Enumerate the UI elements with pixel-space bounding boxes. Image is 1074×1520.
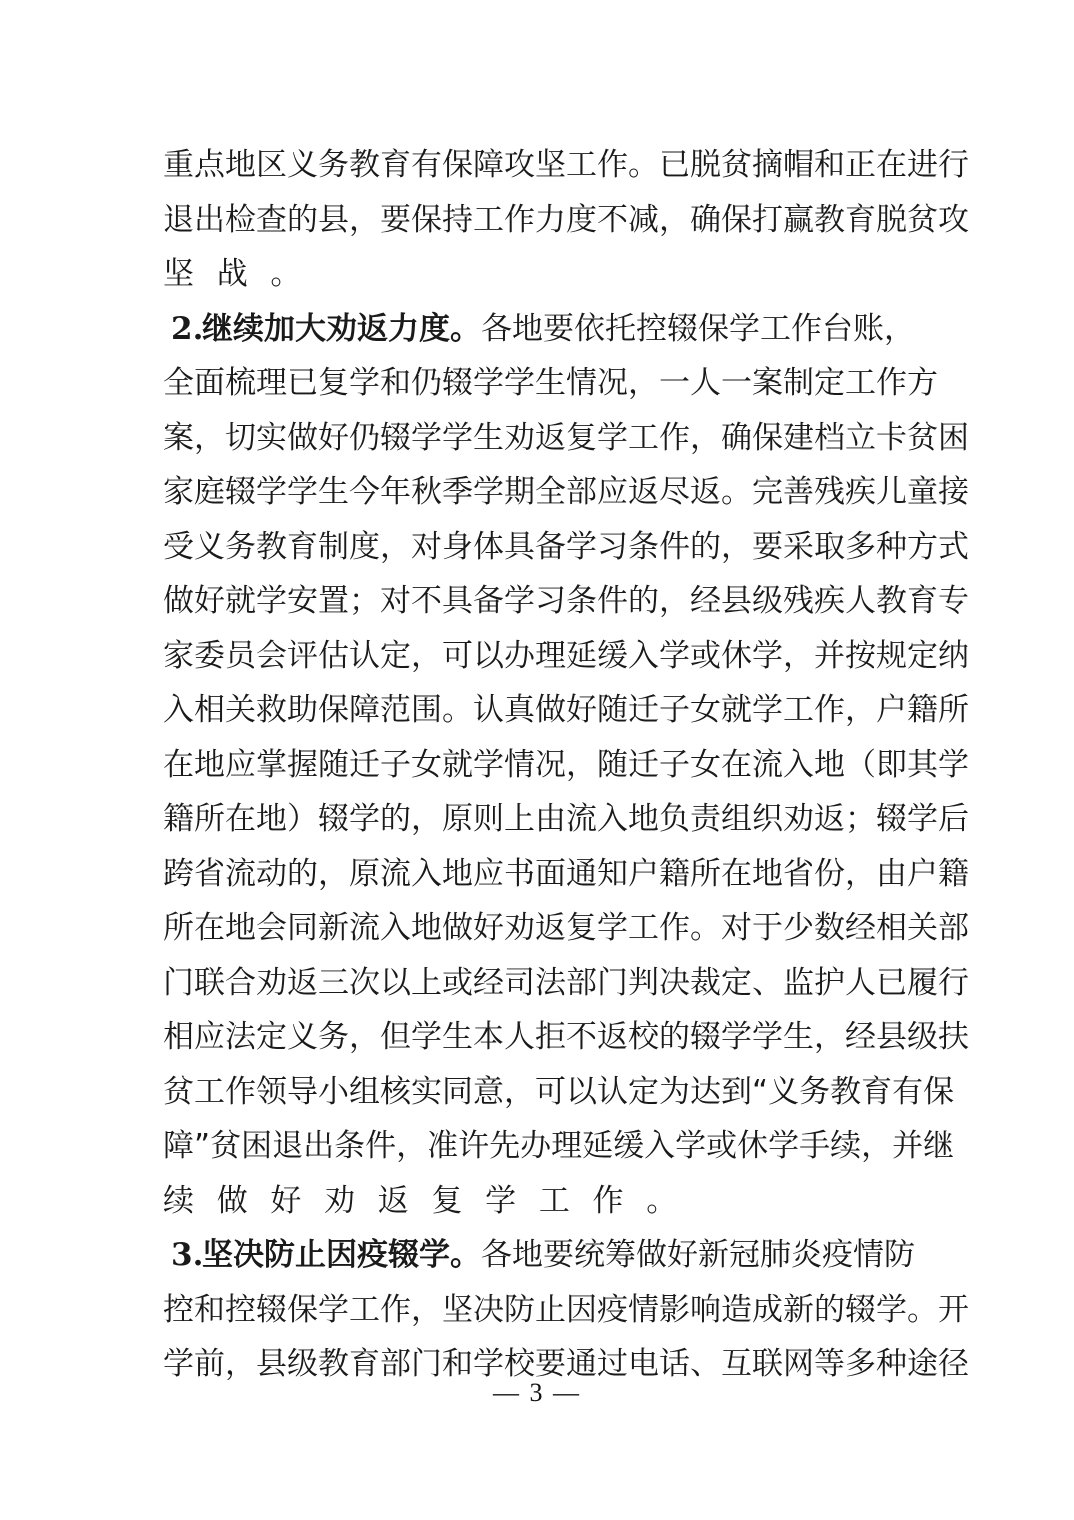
text-char: 统 [574,1228,605,1283]
text-char: 作 [876,356,907,411]
text-char: 返 [690,465,721,520]
text-line: 障”贫困退出条件，准许先办理延缓入学或休学手续，并继 [163,1119,915,1174]
text-char: 级 [752,574,783,629]
text-char: 关 [907,901,938,956]
text-char: 已 [659,138,690,193]
heading-char: 续 [233,302,264,357]
text-char: 切 [225,411,256,466]
text-char: 生 [473,411,504,466]
text-char: 定 [380,629,411,684]
text-char: 工 [628,901,659,956]
text-char: 随 [318,738,349,793]
text-char: 组 [721,792,752,847]
document-body: 重点地区义务教育有保障攻坚工作。已脱贫摘帽和正在进行 退出检查的县，要保持工作力… [163,138,915,1392]
text-char: 季 [442,465,473,520]
text-char: 工 [566,138,597,193]
text-char: 和 [380,356,411,411]
text-char: 学 [473,356,504,411]
text-char: 续 [163,1174,194,1229]
text-char: 。 [270,247,301,302]
text-char: 部 [938,901,969,956]
text-char: 全 [535,465,566,520]
text-char: 同 [442,1065,473,1120]
text-char: 相 [876,901,907,956]
text-char: 上 [504,792,535,847]
text-char: 的 [628,574,659,629]
text-char: 持 [442,193,473,248]
text-char: ， [349,193,380,248]
text-char: 育 [845,193,876,248]
text-line: 做好就学安置；对不具备学习条件的，经县级残疾人教育专 [163,574,915,629]
text-char: 疫 [597,1283,628,1338]
text-char: 继 [923,1119,954,1174]
text-char: 女 [690,683,721,738]
text-char: 控 [636,302,667,357]
text-char: 体 [473,520,504,575]
text-char: 义 [287,138,318,193]
text-char: 评 [287,629,318,684]
text-char: 定 [721,956,752,1011]
text-char: 生 [442,1010,473,1065]
heading-number: 3. [171,1228,202,1283]
text-char: 不 [411,574,442,629]
text-char: 决 [473,1283,504,1338]
text-char: 具 [442,574,473,629]
text-char: 先 [489,1119,520,1174]
text-char: 梳 [225,356,256,411]
text-char: 筹 [605,1228,636,1283]
text-char: 秋 [411,465,442,520]
text-char: 攻 [938,193,969,248]
text-char: 育 [907,574,938,629]
text-char: 条 [628,520,659,575]
text-char: 卡 [876,411,907,466]
text-char: 贫 [721,138,752,193]
text-char: 入 [628,629,659,684]
text-char: 疾 [814,574,845,629]
text-char: 期 [504,465,535,520]
text-char: 庭 [194,465,225,520]
text-char: 学 [721,1010,752,1065]
text-char: 脱 [690,138,721,193]
text-char: 合 [225,956,256,1011]
text-char: ， [194,411,225,466]
text-char: 确 [721,411,752,466]
text-char: 掌 [256,738,287,793]
text-char: 攻 [504,138,535,193]
text-char: 一 [659,356,690,411]
text-line: 控和控辍保学工作，坚决防止因疫情影响造成新的辍学。开 [163,1283,915,1338]
text-char: 导 [287,1065,318,1120]
text-char: 疫 [822,1228,853,1283]
text-char: 出 [194,193,225,248]
text-char: 返 [378,1174,409,1229]
text-line: 门联合劝返三次以上或经司法部门判决裁定、监护人已履行 [163,956,915,1011]
text-char: 多 [845,520,876,575]
text-char: 复 [566,411,597,466]
text-char: 学 [287,465,318,520]
text-char: 学 [504,574,535,629]
text-char: 退 [272,1119,303,1174]
text-char: 教 [876,574,907,629]
text-char: 肺 [760,1228,791,1283]
text-char: 份 [814,847,845,902]
text-char: 做 [163,574,194,629]
text-char: 的 [659,1010,690,1065]
text-char: 好 [667,1228,698,1283]
text-char: 定 [628,1065,659,1120]
heading-char: 止 [295,1228,326,1283]
text-char: 实 [411,1065,442,1120]
text-char: 到 [721,1065,752,1120]
text-char: 拒 [535,1010,566,1065]
text-char: 定 [907,629,938,684]
text-char: 续 [830,1119,861,1174]
text-char: 人 [845,574,876,629]
text-char: 账 [853,302,884,357]
heading-char: 。 [450,302,481,357]
text-char: 育 [380,138,411,193]
text-char: ） [287,792,318,847]
text-char: 法 [535,956,566,1011]
text-char: 地 [752,847,783,902]
text-char: 人 [845,956,876,1011]
text-char: 各 [481,302,512,357]
text-char: 学 [675,1119,706,1174]
text-char: 作 [225,1065,256,1120]
text-char: 习 [535,574,566,629]
text-line: 受义务教育制度，对身体具备学习条件的，要采取多种方式 [163,520,915,575]
text-char: 延 [582,1119,613,1174]
text-char: 人 [690,356,721,411]
text-char: 地 [628,792,659,847]
text-char: 坚 [442,1283,473,1338]
text-char: 好 [318,411,349,466]
text-char: 则 [473,792,504,847]
text-char: 学 [938,738,969,793]
text-char: 法 [225,1010,256,1065]
text-char: 准 [427,1119,458,1174]
text-char: 责 [690,792,721,847]
text-char: 教 [256,520,287,575]
text-char: 家 [163,465,194,520]
text-char: 负 [659,792,690,847]
text-char: 户 [876,683,907,738]
text-char: 本 [473,1010,504,1065]
text-char: 学 [256,465,287,520]
text-char: ， [845,683,876,738]
text-char: 保 [752,411,783,466]
text-char: 立 [845,411,876,466]
text-char: 所 [690,847,721,902]
text-char: 保 [318,683,349,738]
text-char: 即 [876,738,907,793]
text-char: 知 [597,847,628,902]
text-char: 休 [737,1119,768,1174]
text-char: 贫 [163,1065,194,1120]
text-line: 在地应掌握随迁子女就学情况，随迁子女在流入地（即其学 [163,738,915,793]
text-char: 教 [349,138,380,193]
text-char: 查 [256,193,287,248]
text-char: 学 [752,683,783,738]
text-char: 辍 [225,465,256,520]
text-char: ， [721,520,752,575]
text-char: 童 [907,465,938,520]
text-char: 围 [411,683,442,738]
text-char: 障 [349,683,380,738]
text-char: 情 [566,356,597,411]
text-line: 入相关救助保障范围。认真做好随迁子女就学工作，户籍所 [163,683,915,738]
text-char: 组 [349,1065,380,1120]
text-char: 地 [512,302,543,357]
text-char: 制 [783,356,814,411]
text-char: 置 [318,574,349,629]
text-char: 返 [535,411,566,466]
text-char: 备 [473,574,504,629]
text-char: 情 [853,1228,884,1283]
text-char: 地 [814,738,845,793]
text-char: 其 [907,738,938,793]
text-char: 手 [799,1119,830,1174]
text-char: 真 [504,683,535,738]
text-char: 要 [543,1228,574,1283]
text-char: 书 [504,847,535,902]
text-line: 全面梳理已复学和仍辍学学生情况，一人一案制定工作方 [163,356,915,411]
text-char: 习 [597,520,628,575]
text-char: 影 [659,1283,690,1338]
text-char: 学 [318,1283,349,1338]
text-char: 不 [597,193,628,248]
text-line: 相应法定义务，但学生本人拒不返校的辍学学生，经县级扶 [163,1010,915,1065]
text-char: 所 [194,792,225,847]
text-char: 流 [752,738,783,793]
text-char: 。 [690,901,721,956]
text-char: 女 [411,738,442,793]
text-char: 决 [659,956,690,1011]
text-char: 方 [907,356,938,411]
text-char: 关 [225,683,256,738]
text-char: 度 [349,520,380,575]
text-char: ， [690,411,721,466]
text-char: 善 [783,465,814,520]
text-char: 复 [566,901,597,956]
heading-char: 因 [326,1228,357,1283]
text-char: 脱 [876,193,907,248]
text-char: 地 [256,792,287,847]
text-char: 好 [194,574,225,629]
text-char: 纳 [938,629,969,684]
text-char: 裁 [690,956,721,1011]
text-char: 返 [814,792,845,847]
text-char: 一 [721,356,752,411]
text-char: 扶 [938,1010,969,1065]
text-char: 保 [442,138,473,193]
text-char: 生 [318,465,349,520]
text-char: 地 [194,738,225,793]
text-char: 贫 [907,411,938,466]
text-char: 相 [163,1010,194,1065]
text-char: 作 [504,193,535,248]
text-char: 度 [566,193,597,248]
text-char: 户 [907,847,938,902]
text-char: ， [396,1119,427,1174]
text-char: 工 [760,302,791,357]
text-char: 门 [597,956,628,1011]
text-char: 摘 [752,138,783,193]
text-char: 专 [938,574,969,629]
text-char: 学 [349,356,380,411]
heading-char: 大 [295,302,326,357]
text-char: 应 [225,738,256,793]
text-char: 家 [163,629,194,684]
text-char: 会 [256,901,287,956]
text-char: 辍 [380,411,411,466]
text-char: ， [411,629,442,684]
text-char: 延 [566,629,597,684]
text-char: 并 [892,1119,923,1174]
text-char: 劝 [504,901,535,956]
text-char: 正 [845,138,876,193]
text-char: 止 [535,1283,566,1338]
text-char: 流 [380,847,411,902]
text-char: 委 [194,629,225,684]
text-char: 全 [163,356,194,411]
text-char: 返 [628,465,659,520]
text-char: 或 [442,956,473,1011]
text-char: 织 [752,792,783,847]
text-char: 司 [504,956,535,1011]
text-char: 理 [551,1119,582,1174]
text-char: 赢 [783,193,814,248]
text-char: 监 [783,956,814,1011]
text-char: 残 [783,574,814,629]
text-char: 许 [458,1119,489,1174]
text-char: 学 [256,574,287,629]
text-char: 经 [473,956,504,1011]
text-char: 、 [752,956,783,1011]
text-char: 联 [194,956,225,1011]
text-char: 理 [256,356,287,411]
text-char: 年 [380,465,411,520]
text-char: 行 [938,956,969,1011]
text-char: 儿 [876,465,907,520]
text-char: 随 [597,738,628,793]
text-char: 学 [729,302,760,357]
text-char: 在 [876,138,907,193]
text-char: 坚 [163,247,194,302]
text-char: 工 [628,411,659,466]
text-char: 迁 [628,683,659,738]
text-char: 按 [845,629,876,684]
text-char: 助 [287,683,318,738]
text-char: 在 [163,738,194,793]
text-char: 务 [318,138,349,193]
text-char: 办 [520,1119,551,1174]
text-char: ， [659,193,690,248]
text-line: 家委员会评估认定，可以办理延缓入学或休学，并按规定纳 [163,629,915,684]
text-char: 领 [256,1065,287,1120]
text-char: 作 [659,901,690,956]
heading-char: 决 [233,1228,264,1283]
text-char: 原 [349,847,380,902]
text-char: 。 [721,465,752,520]
text-char: 入 [597,792,628,847]
heading-number: 2. [171,302,202,357]
text-char: 作 [791,302,822,357]
text-char: 要 [543,302,574,357]
text-char: 学 [566,520,597,575]
text-char: 地 [512,1228,543,1283]
text-char: 子 [659,738,690,793]
text-char: 保 [411,193,442,248]
text-char: 尽 [659,465,690,520]
text-char: 件 [659,520,690,575]
text-char: 新 [318,901,349,956]
text-char: 条 [566,574,597,629]
text-line: 所在地会同新流入地做好劝返复学工作。对于少数经相关部 [163,901,915,956]
text-char: 贫 [907,193,938,248]
text-char: 并 [814,629,845,684]
text-char: 学 [907,792,938,847]
text-char: 打 [752,193,783,248]
text-char: 。 [907,1283,938,1338]
text-char: 冠 [729,1228,760,1283]
text-char: 案 [163,411,194,466]
text-char: 档 [814,411,845,466]
text-char: 次 [349,956,380,1011]
text-char: 方 [907,520,938,575]
text-char: 随 [597,683,628,738]
text-char: 台 [822,302,853,357]
text-char: 数 [814,901,845,956]
text-char: 子 [659,683,690,738]
text-char: 意 [473,1065,504,1120]
text-char: 件 [597,574,628,629]
text-char: 仍 [411,356,442,411]
text-char: 部 [566,956,597,1011]
text-char: 学 [504,356,535,411]
text-char: 成 [752,1283,783,1338]
text-char: 流 [566,792,597,847]
text-char: 因 [566,1283,597,1338]
text-char: 接 [938,465,969,520]
text-line: 贫工作领导小组核实同意，可以认定为达到“义务教育有保 [163,1065,915,1120]
text-char: 以 [473,629,504,684]
text-char: 女 [690,738,721,793]
text-char: 情 [504,738,535,793]
text-char: 完 [752,465,783,520]
text-char: 有 [411,138,442,193]
text-char: 义 [768,1065,799,1120]
text-line: 家庭辍学学生今年秋季学期全部应返尽返。完善残疾儿童接 [163,465,915,520]
text-char: 县 [318,193,349,248]
text-char: 辍 [667,302,698,357]
text-char: 籍 [938,847,969,902]
text-char: 学 [442,411,473,466]
text-char: （ [845,738,876,793]
text-char: 贫 [210,1119,241,1174]
text-char: 炎 [791,1228,822,1283]
heading-char: 加 [264,302,295,357]
text-char: 入 [644,1119,675,1174]
text-char: 具 [504,520,535,575]
text-char: 经 [690,574,721,629]
text-char: 点 [194,138,225,193]
text-char: 造 [721,1283,752,1338]
text-char: 已 [287,356,318,411]
text-char: 级 [907,1010,938,1065]
text-char: ” [194,1119,210,1174]
